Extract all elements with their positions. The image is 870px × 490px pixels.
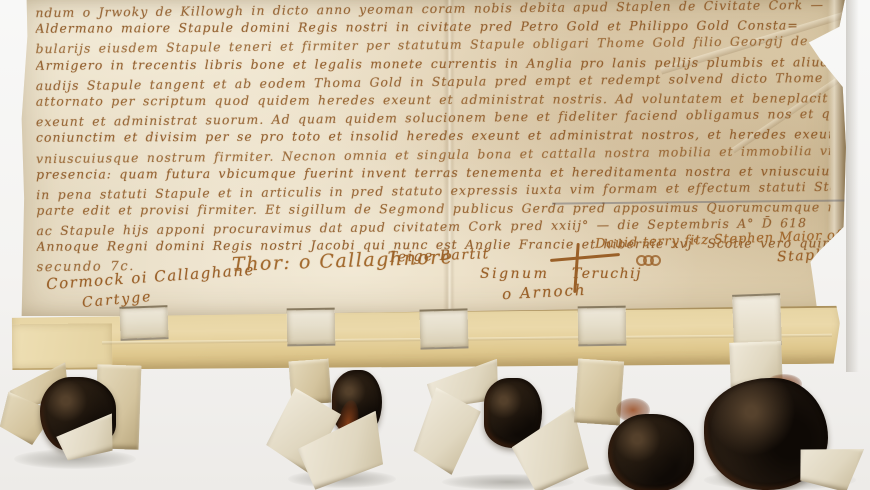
pendant-seal-4 (566, 358, 700, 490)
plica-left-section (12, 323, 112, 368)
parchment-sheet: ndum o Jrwoky de Killowgh in dicto anno … (20, 0, 846, 316)
signum-label: Signum (480, 266, 549, 282)
curled-right-edge (828, 0, 846, 316)
pendant-seal-5 (696, 330, 870, 490)
photograph-of-charter: ndum o Jrwoky de Killowgh in dicto anno … (0, 0, 870, 490)
pendant-seal-1 (0, 363, 160, 473)
parchment-drop-shadow (846, 0, 862, 372)
signum-name-o-arnoch: o Arnoch (502, 281, 587, 303)
signature-staple: Staple (777, 247, 832, 266)
wax-seal (608, 414, 694, 490)
pendant-seal-2 (272, 360, 412, 490)
seal-tag-3 (419, 308, 468, 349)
signature-flourish (636, 251, 684, 263)
parchment-ribbon (574, 358, 624, 425)
seal-tag-1 (119, 305, 168, 341)
signum-name-teruchij: Teruchij (572, 266, 642, 282)
seal-tag-4 (578, 306, 627, 347)
seal-tag-2 (287, 308, 336, 347)
